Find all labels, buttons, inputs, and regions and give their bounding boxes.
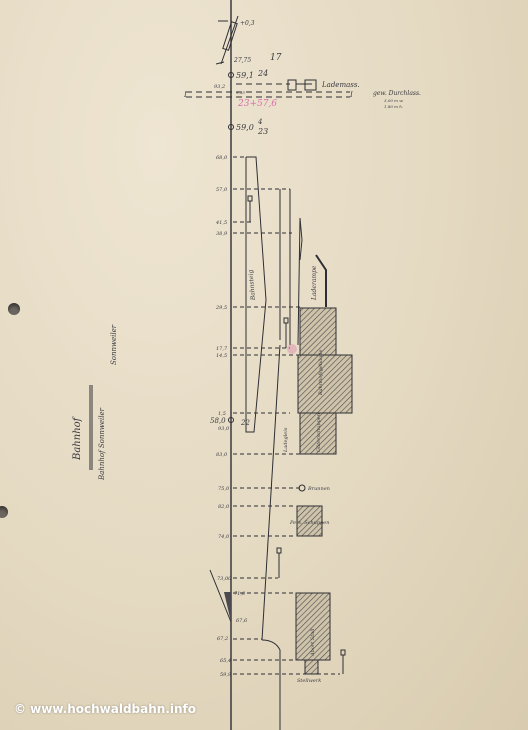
svg-text:75,0: 75,0 xyxy=(218,486,230,492)
svg-text:41,5: 41,5 xyxy=(215,220,227,226)
svg-text:58,0: 58,0 xyxy=(210,417,226,425)
svg-text:27,75: 27,75 xyxy=(233,57,251,64)
svg-text:17,7: 17,7 xyxy=(216,346,228,352)
svg-text:gew. Durchlass.: gew. Durchlass. xyxy=(373,90,421,97)
station-building xyxy=(298,355,352,413)
svg-text:68,0: 68,0 xyxy=(216,155,228,161)
svg-text:71,0: 71,0 xyxy=(234,591,246,597)
svg-text:83,0: 83,0 xyxy=(216,452,228,458)
svg-text:Güterschuppen: Güterschuppen xyxy=(316,413,322,452)
svg-text:22: 22 xyxy=(240,419,250,427)
svg-text:29,5: 29,5 xyxy=(215,305,227,311)
svg-text:74,0: 74,0 xyxy=(218,534,230,540)
svg-text:Bahnhof: Bahnhof xyxy=(72,415,83,461)
svg-text:93,0: 93,0 xyxy=(218,426,230,432)
svg-text:Brunnen: Brunnen xyxy=(307,486,330,492)
svg-text:3,00 m w.: 3,00 m w. xyxy=(384,98,403,103)
svg-text:59,0: 59,0 xyxy=(236,123,254,132)
svg-text:23: 23 xyxy=(257,127,268,136)
svg-text:Bahnsteig: Bahnsteig xyxy=(247,269,257,301)
svg-text:I: I xyxy=(183,91,187,99)
svg-text:+0,3: +0,3 xyxy=(240,20,255,27)
svg-text:Bahnhof Sonnweiler: Bahnhof Sonnweiler xyxy=(98,407,106,481)
svg-text:9,55: 9,55 xyxy=(236,90,245,95)
svg-text:Lademass.: Lademass. xyxy=(321,81,360,89)
svg-text:Bahnhofsgebäude: Bahnhofsgebäude xyxy=(318,349,324,396)
svg-text:1,80 m h.: 1,80 m h. xyxy=(384,104,403,109)
svg-text:93,2: 93,2 xyxy=(214,84,225,90)
svg-text:Pers. Schuppen: Pers. Schuppen xyxy=(289,520,329,526)
svg-text:38,9: 38,9 xyxy=(216,231,228,237)
svg-text:Stellwerk: Stellwerk xyxy=(297,678,321,684)
svg-text:73,00: 73,00 xyxy=(217,576,232,582)
building-1 xyxy=(300,308,336,355)
svg-text:67,6: 67,6 xyxy=(236,618,248,624)
svg-text:24: 24 xyxy=(257,69,268,78)
svg-text:17: 17 xyxy=(270,53,282,63)
svg-text:Ladegleis: Ladegleis xyxy=(283,427,289,453)
drawing-sheet: +0,3 27,75 59,1 24 17 93,2 Lademass. I I… xyxy=(0,0,528,730)
svg-text:I: I xyxy=(349,91,353,99)
svg-text:14,5: 14,5 xyxy=(216,353,227,359)
svg-text:67,2: 67,2 xyxy=(217,636,228,642)
svg-text:Sonnweiler: Sonnweiler xyxy=(110,324,118,365)
svg-text:59,9: 59,9 xyxy=(220,672,232,678)
svg-text:Laderampe: Laderampe xyxy=(311,265,318,301)
svg-text:59,1: 59,1 xyxy=(236,71,254,80)
track-plan: +0,3 27,75 59,1 24 17 93,2 Lademass. I I… xyxy=(0,0,528,730)
watermark: © www.hochwaldbahn.info xyxy=(14,702,196,716)
svg-text:65,4: 65,4 xyxy=(220,658,231,664)
svg-text:82,0: 82,0 xyxy=(218,504,230,510)
svg-text:Abort Stall: Abort Stall xyxy=(310,628,316,657)
svg-text:23+57,6: 23+57,6 xyxy=(237,99,277,109)
svg-text:57,0: 57,0 xyxy=(216,187,228,193)
svg-text:4: 4 xyxy=(257,118,262,126)
